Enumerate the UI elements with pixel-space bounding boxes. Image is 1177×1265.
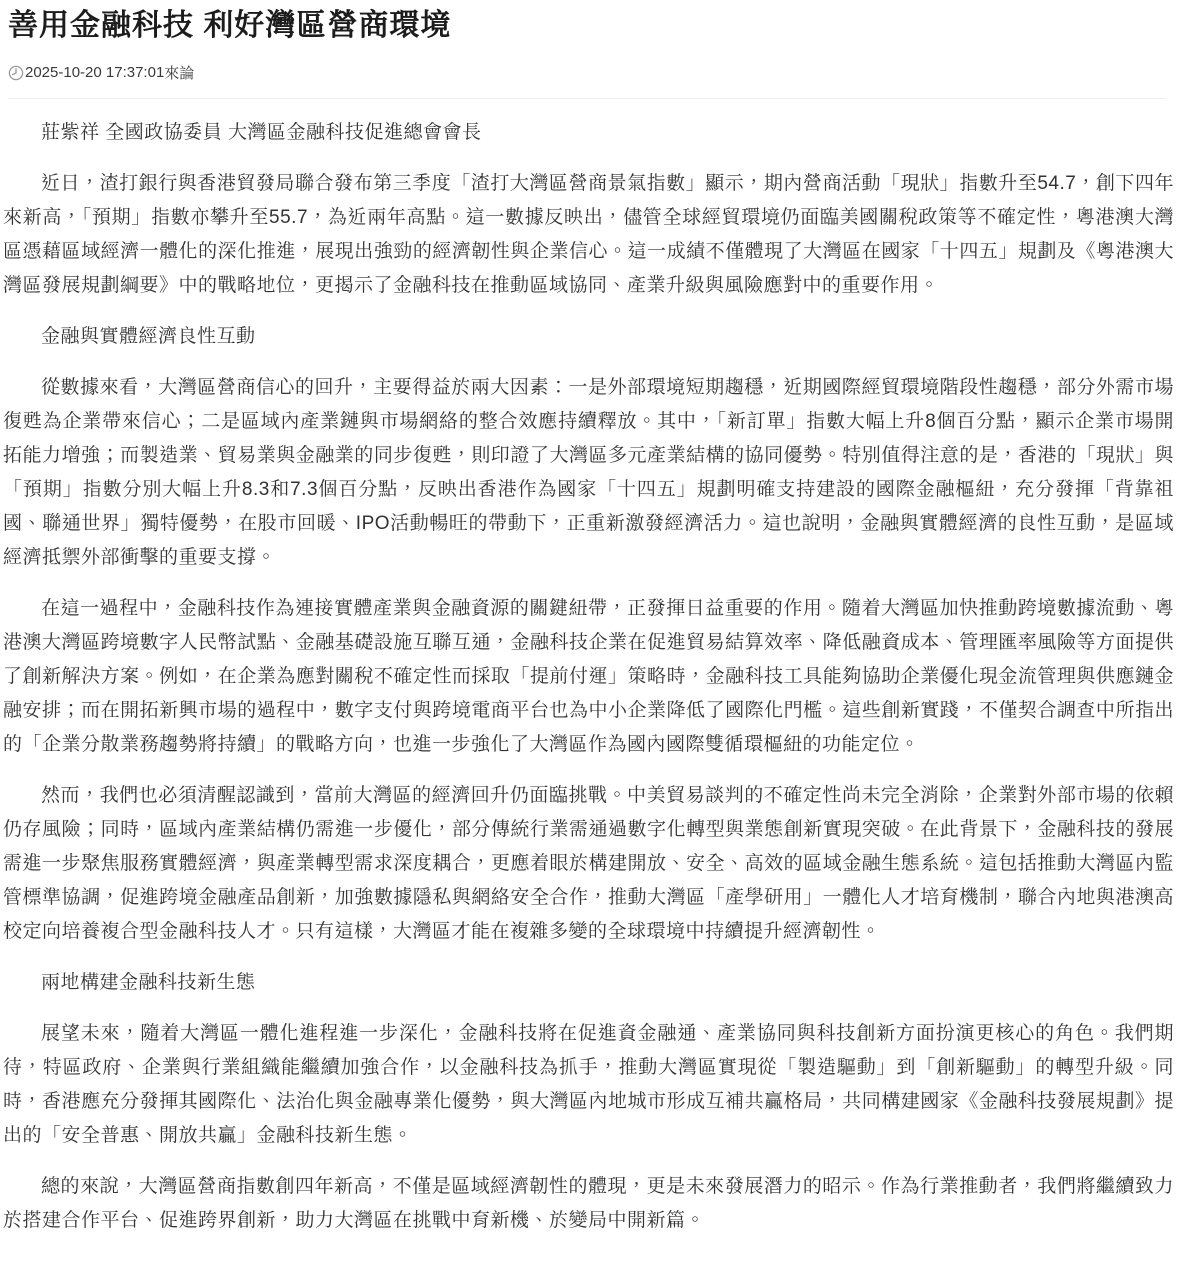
paragraph: 從數據來看，大灣區營商信心的回升，主要得益於兩大因素：一是外部環境短期趨穩，近期… (3, 371, 1174, 575)
section-heading: 兩地構建金融科技新生態 (3, 966, 1174, 1000)
paragraph: 總的來說，大灣區營商指數創四年新高，不僅是區域經濟韌性的體現，更是未來發展潛力的… (3, 1170, 1174, 1238)
article-header: 善用金融科技 利好灣區營商環境 2025-10-20 17:37:01 來論 (0, 0, 1177, 83)
paragraph: 在這一過程中，金融科技作為連接實體產業與金融資源的關鍵紐帶，正發揮日益重要的作用… (3, 592, 1174, 762)
header-divider (8, 98, 1165, 99)
paragraph: 展望未來，隨着大灣區一體化進程進一步深化，金融科技將在促進資金融通、產業協同與科… (3, 1017, 1174, 1153)
paragraph: 近日，渣打銀行與香港貿發局聯合發布第三季度「渣打大灣區營商景氣指數」顯示，期內營… (3, 167, 1174, 303)
section-heading: 金融與實體經濟良性互動 (3, 320, 1174, 354)
source-category-link[interactable]: 來論 (164, 62, 194, 83)
byline: 莊紫祥 全國政協委員 大灣區金融科技促進總會會長 (3, 116, 1174, 150)
paragraph: 然而，我們也必須清醒認識到，當前大灣區的經濟回升仍面臨挑戰。中美貿易談判的不確定… (3, 779, 1174, 949)
article-meta: 2025-10-20 17:37:01 來論 (8, 62, 1169, 83)
article-title: 善用金融科技 利好灣區營商環境 (8, 6, 1169, 46)
publish-time: 2025-10-20 17:37:01 (25, 64, 164, 81)
article-body: 莊紫祥 全國政協委員 大灣區金融科技促進總會會長 近日，渣打銀行與香港貿發局聯合… (0, 116, 1177, 1238)
article-page: 善用金融科技 利好灣區營商環境 2025-10-20 17:37:01 來論 莊… (0, 0, 1177, 1265)
clock-icon (8, 65, 24, 81)
